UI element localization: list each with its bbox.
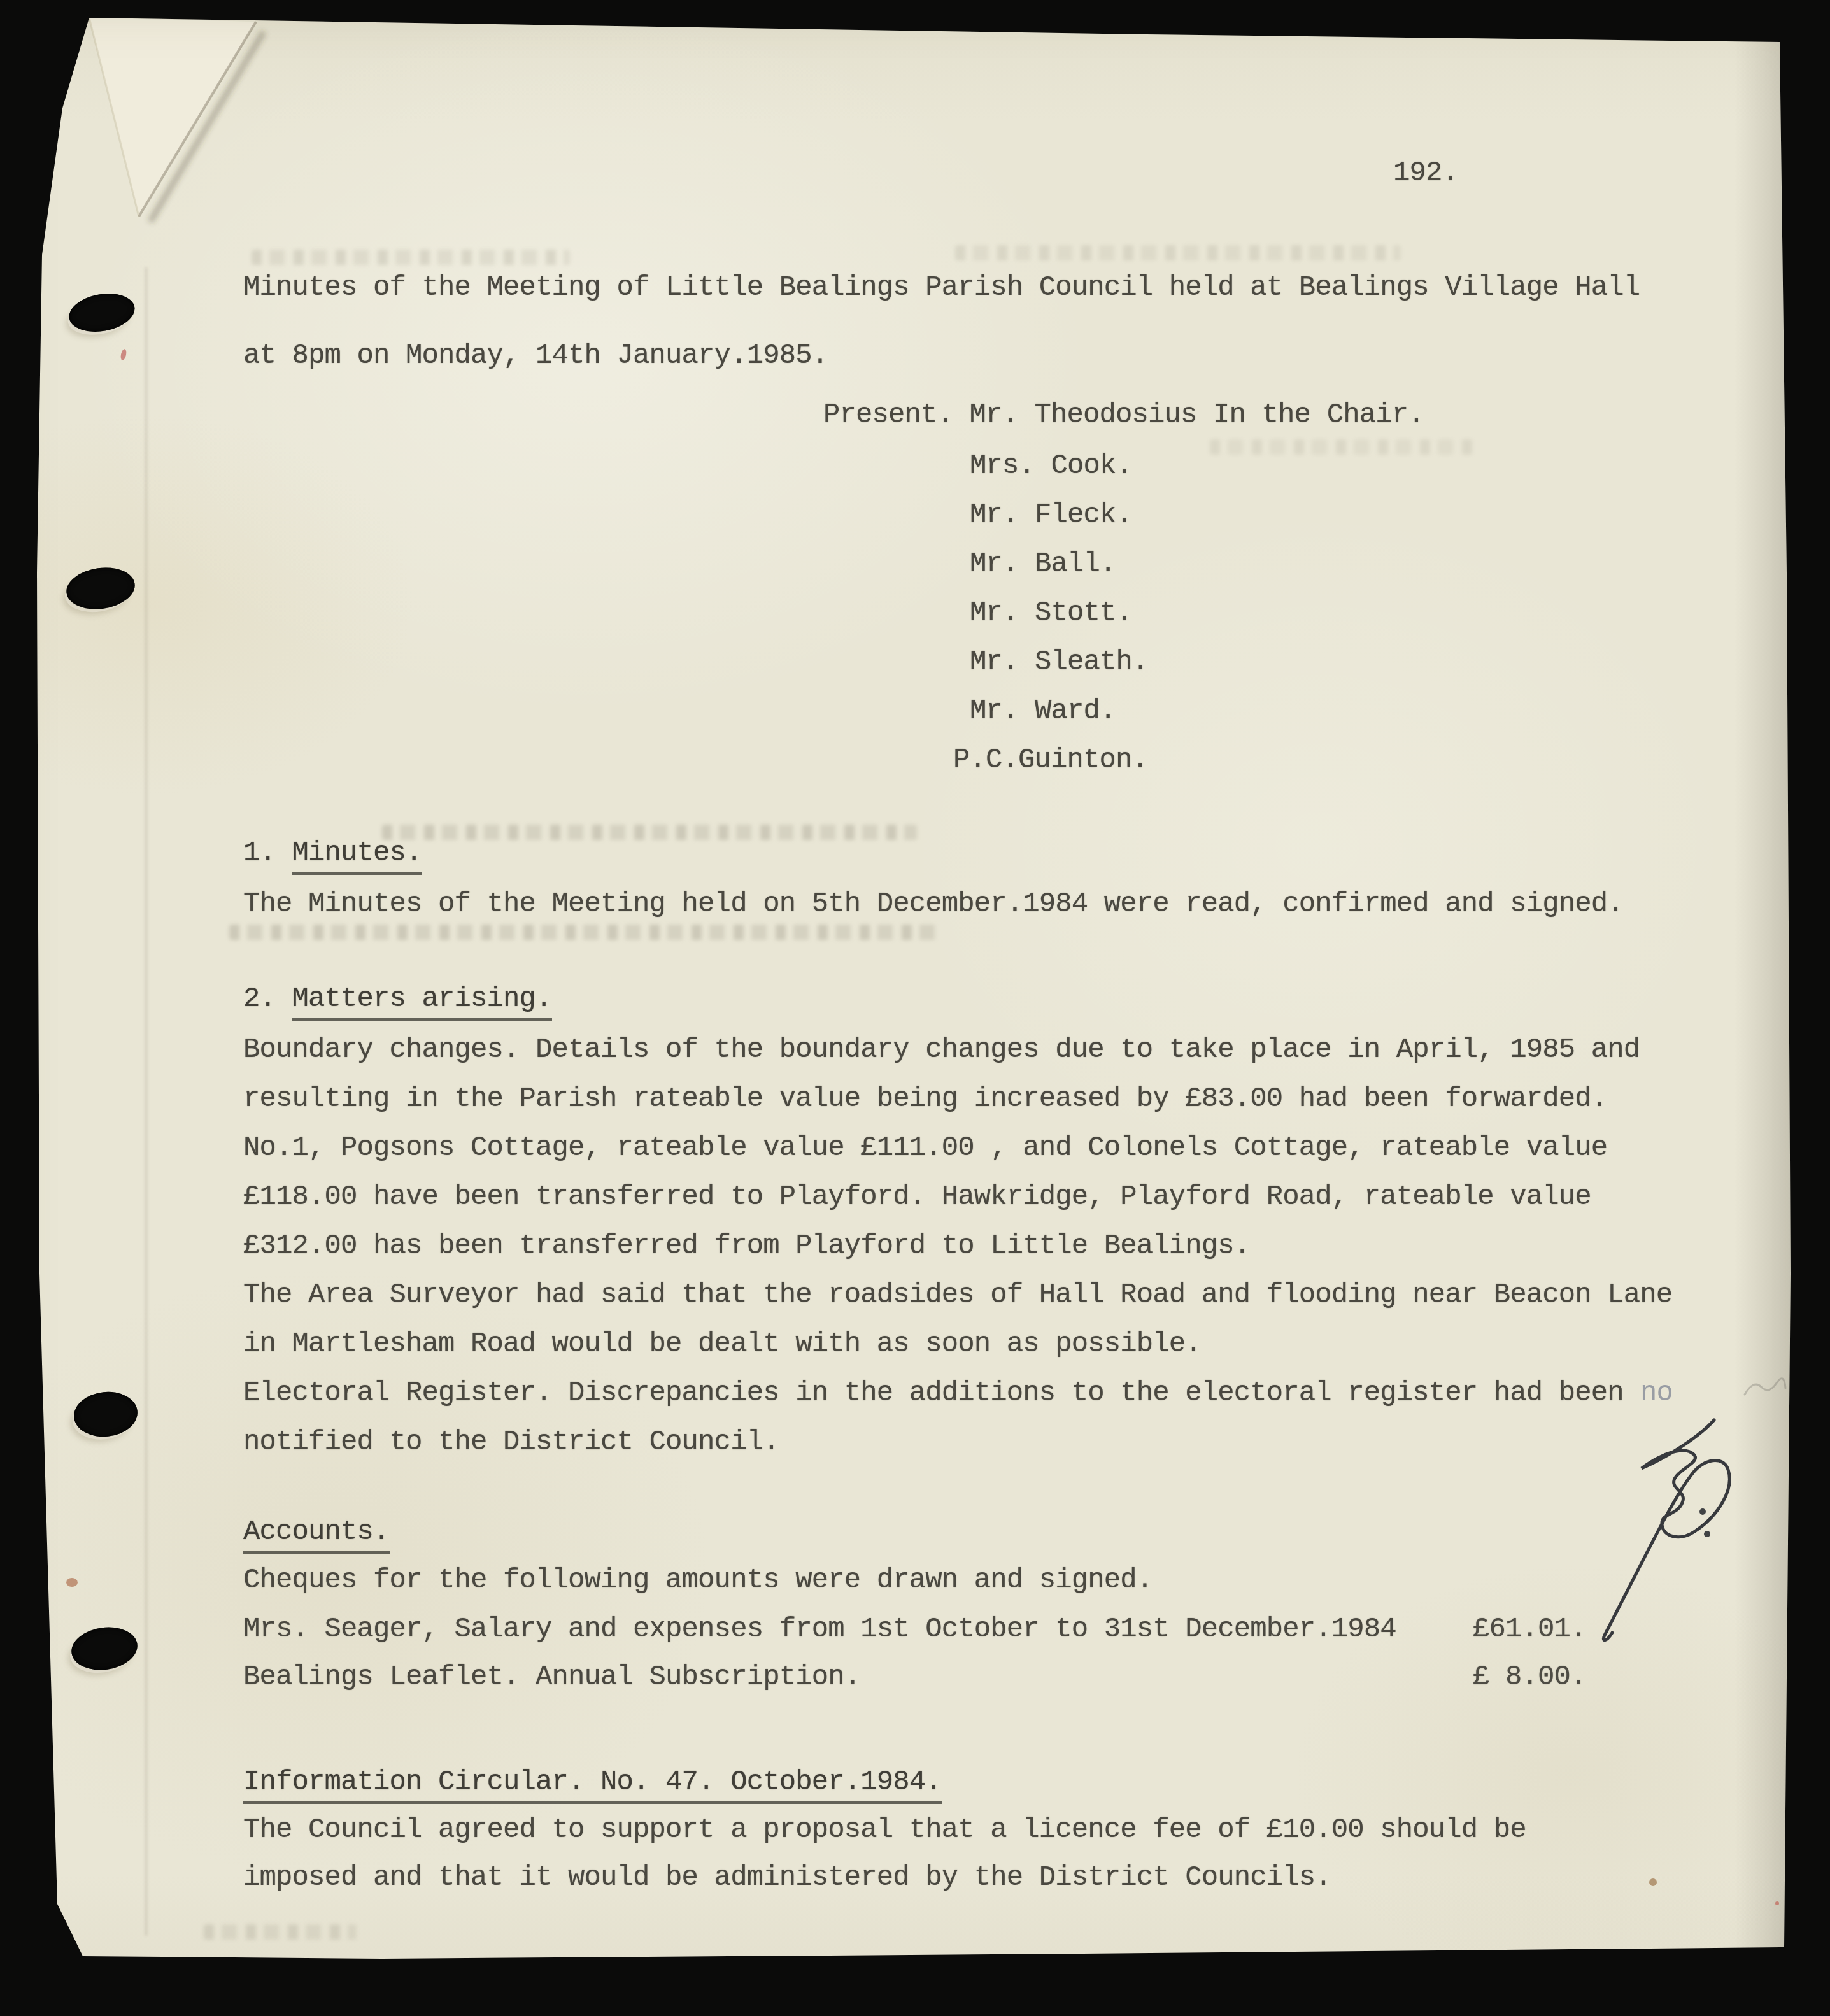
scan-shadow-band <box>1734 38 1805 1955</box>
electoral-line-text: Electoral Register. Discrepancies in the… <box>243 1377 1624 1409</box>
section-number: 1. <box>243 837 292 869</box>
ghost-smudge <box>955 245 1401 260</box>
minutes-text-line: The Area Surveyor had said that the road… <box>243 1280 1672 1310</box>
scan-background: 192. Minutes of the Meeting of Little Be… <box>0 0 1830 2016</box>
minutes-text-line: resulting in the Parish rateable value b… <box>243 1084 1607 1114</box>
minutes-text-line: imposed and that it would be administere… <box>243 1863 1331 1893</box>
attendee-name: Mr. Ball. <box>970 549 1116 579</box>
ghost-smudge <box>229 925 942 940</box>
foxing-speck <box>1775 1901 1779 1905</box>
section-heading-text: Accounts. <box>243 1516 390 1554</box>
attendee-name: Mr. Ward. <box>970 696 1116 727</box>
minutes-text-line: No.1, Pogsons Cottage, rateable value £1… <box>243 1133 1607 1163</box>
ghost-smudge <box>252 250 570 265</box>
pencil-mark <box>1743 1375 1788 1401</box>
attendee-name: Mr. Sleath. <box>970 647 1149 678</box>
folded-corner <box>25 6 306 261</box>
punch-hole <box>66 288 138 336</box>
ghost-smudge <box>382 825 917 840</box>
amount-value: £61.01. <box>1473 1614 1587 1645</box>
punch-hole <box>69 1623 140 1674</box>
section-heading-text: Minutes. <box>292 837 422 875</box>
section-heading: 1. Minutes. <box>243 838 422 869</box>
page-number: 192. <box>1393 158 1458 188</box>
ghost-smudge <box>204 1924 357 1940</box>
section-number: 2. <box>243 983 292 1015</box>
minutes-text-line: The Minutes of the Meeting held on 5th D… <box>243 889 1624 919</box>
section-heading-text: Information Circular. No. 47. October.19… <box>243 1766 942 1804</box>
attendee-name: Mr. Stott. <box>970 598 1132 628</box>
ghost-smudge <box>1210 439 1477 455</box>
document-title-line: Minutes of the Meeting of Little Bealing… <box>243 273 1640 303</box>
minutes-text-line: in Martlesham Road would be dealt with a… <box>243 1329 1202 1359</box>
signature <box>1573 1407 1777 1662</box>
minutes-text-line: Electoral Register. Discrepancies in the… <box>243 1378 1673 1409</box>
punch-hole <box>72 1389 140 1440</box>
vertical-crease <box>145 267 147 1936</box>
account-row-label: Mrs. Seager, Salary and expenses from 1s… <box>243 1614 1396 1645</box>
section-heading: 2. Matters arising. <box>243 984 552 1014</box>
minutes-text-line: £118.00 have been transferred to Playfor… <box>243 1182 1591 1212</box>
faint-no-text: no <box>1640 1377 1673 1409</box>
section-heading-text: Matters arising. <box>292 983 552 1021</box>
attendee-name: Mrs. Cook. <box>970 451 1132 481</box>
minutes-text-line: notified to the District Council. <box>243 1427 779 1458</box>
foxing-speck <box>120 348 127 360</box>
account-row-label: Bealings Leaflet. Annual Subscription. <box>243 1662 860 1693</box>
amount-value: £ 8.00. <box>1473 1662 1587 1693</box>
section-heading: Information Circular. No. 47. October.19… <box>243 1767 942 1798</box>
punch-hole <box>64 564 138 613</box>
attendee-name: P.C.Guinton. <box>953 745 1148 776</box>
attendee-name: Mr. Fleck. <box>970 500 1132 530</box>
minutes-text-line: Cheques for the following amounts were d… <box>243 1565 1153 1596</box>
minutes-text-line: The Council agreed to support a proposal… <box>243 1815 1526 1845</box>
minutes-text-line: £312.00 has been transferred from Playfo… <box>243 1231 1250 1261</box>
foxing-speck <box>1649 1878 1657 1886</box>
present-line: Present. Mr. Theodosius In the Chair. <box>823 400 1424 430</box>
document-title-line: at 8pm on Monday, 14th January.1985. <box>243 341 828 371</box>
foxing-speck <box>66 1578 78 1587</box>
paper-sheet: 192. Minutes of the Meeting of Little Be… <box>0 0 1830 2016</box>
minutes-text-line: Boundary changes. Details of the boundar… <box>243 1035 1640 1065</box>
section-heading: Accounts. <box>243 1517 390 1547</box>
